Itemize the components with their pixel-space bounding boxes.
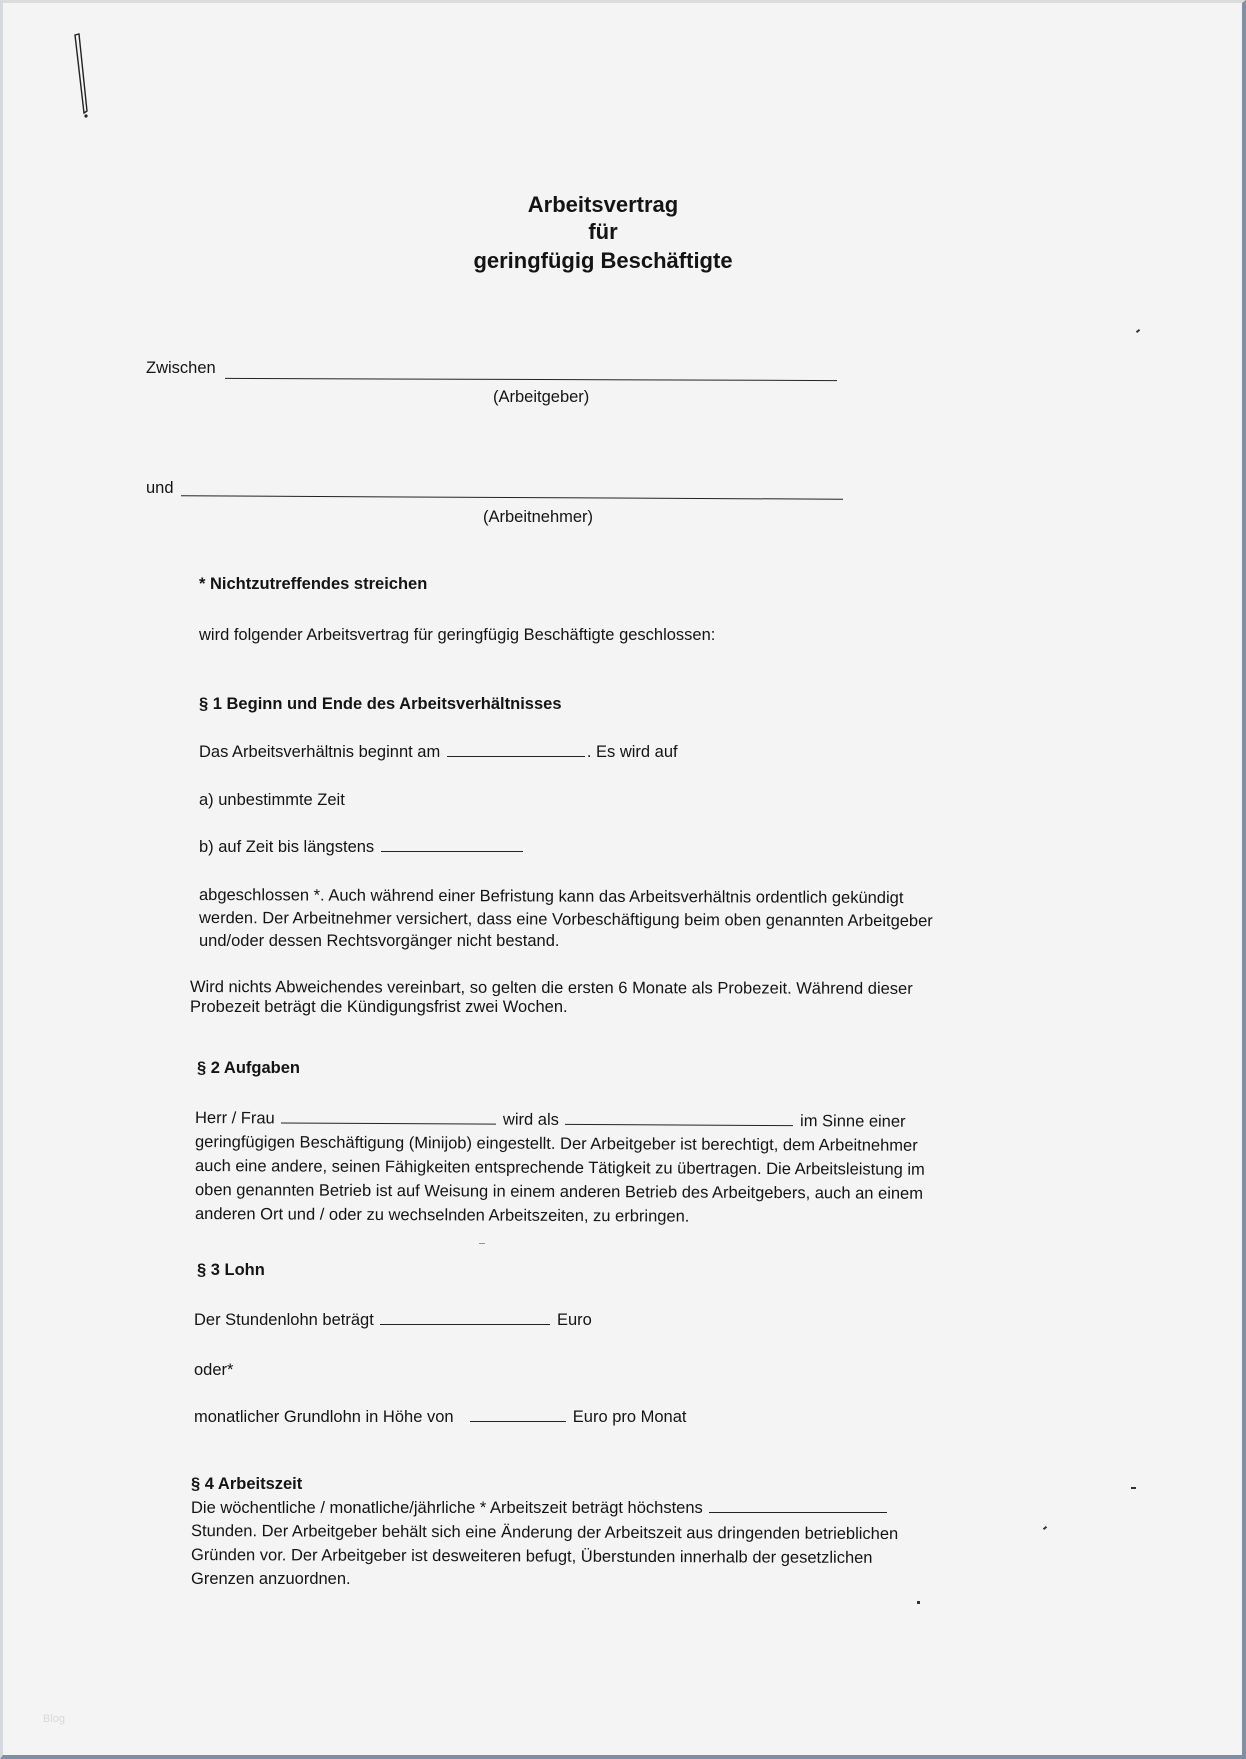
scan-speck bbox=[479, 1243, 485, 1244]
title-line-3: geringfügig Beschäftigte bbox=[403, 247, 803, 274]
working-time-label: Die wöchentliche / monatliche/jährliche … bbox=[191, 1499, 703, 1517]
and-label: und bbox=[146, 477, 174, 500]
herr-frau-label: Herr / Frau bbox=[195, 1109, 275, 1127]
section-4-line-4: Grenzen anzuordnen. bbox=[191, 1568, 351, 1591]
option-b: b) auf Zeit bis längstens bbox=[199, 838, 374, 856]
section-4-line-1: Die wöchentliche / monatliche/jährliche … bbox=[191, 1497, 889, 1520]
scan-speck bbox=[917, 1601, 920, 1604]
monthly-wage-field[interactable] bbox=[470, 1420, 566, 1422]
end-date-field[interactable] bbox=[381, 850, 523, 852]
hourly-currency: Euro bbox=[557, 1311, 592, 1329]
scan-speck bbox=[1131, 1487, 1136, 1489]
watermark: Blog bbox=[43, 1713, 65, 1725]
wird-als-label: wird als bbox=[503, 1111, 559, 1129]
start-date-field[interactable] bbox=[447, 755, 585, 757]
start-suffix: . Es wird auf bbox=[587, 743, 678, 761]
section-2-line-4: oben genannten Betrieb ist auf Weisung i… bbox=[195, 1179, 923, 1206]
employee-name-field[interactable] bbox=[181, 495, 843, 499]
start-prefix: Das Arbeitsverhältnis beginnt am bbox=[199, 743, 440, 761]
employer-caption: (Arbeitgeber) bbox=[493, 386, 589, 409]
section-4-heading: § 4 Arbeitszeit bbox=[191, 1473, 302, 1496]
title-line-2: für bbox=[403, 218, 803, 245]
intro-text: wird folgender Arbeitsvertrag für gering… bbox=[199, 624, 715, 647]
employer-name-field[interactable] bbox=[225, 378, 837, 381]
hourly-wage-field[interactable] bbox=[380, 1323, 550, 1325]
option-a: a) unbestimmte Zeit bbox=[199, 789, 345, 812]
or-label: oder* bbox=[194, 1359, 233, 1382]
document-page: Arbeitsvertrag für geringfügig Beschäfti… bbox=[3, 3, 1239, 1752]
section-2-line-3: auch eine andere, seinen Fähigkeiten ent… bbox=[195, 1155, 925, 1182]
option-b-line: b) auf Zeit bis längstens bbox=[199, 836, 525, 859]
hourly-wage-line: Der Stundenlohn beträgt Euro bbox=[194, 1309, 592, 1332]
title-line-1: Arbeitsvertrag bbox=[403, 191, 803, 218]
employee-name-field-2[interactable] bbox=[281, 1121, 496, 1124]
employee-caption: (Arbeitnehmer) bbox=[483, 506, 593, 529]
max-hours-field[interactable] bbox=[709, 1511, 887, 1513]
between-label: Zwischen bbox=[146, 357, 216, 380]
im-sinne-label: im Sinne einer bbox=[800, 1112, 906, 1131]
section-2-heading: § 2 Aufgaben bbox=[197, 1057, 300, 1080]
pen-mark-icon bbox=[73, 33, 93, 119]
section-2-line-5: anderen Ort und / oder zu wechselnden Ar… bbox=[195, 1203, 690, 1229]
section-1-heading: § 1 Beginn und Ende des Arbeitsverhältni… bbox=[199, 693, 562, 716]
hourly-wage-label: Der Stundenlohn beträgt bbox=[194, 1311, 374, 1329]
section-1-paragraph-2-line-2: Probezeit beträgt die Kündigungsfrist zw… bbox=[190, 996, 568, 1019]
section-4-line-3: Gründen vor. Der Arbeitgeber ist desweit… bbox=[191, 1544, 873, 1570]
scan-speck bbox=[1043, 1526, 1047, 1530]
scan-speck bbox=[1136, 329, 1140, 333]
section-1-start-line: Das Arbeitsverhältnis beginnt am . Es wi… bbox=[199, 741, 678, 764]
section-4-line-2: Stunden. Der Arbeitgeber behält sich ein… bbox=[191, 1520, 898, 1546]
section-2-line-2: geringfügigen Beschäftigung (Minijob) ei… bbox=[195, 1131, 918, 1158]
section-2-line-1: Herr / Frau wird als im Sinne einer bbox=[195, 1107, 906, 1134]
section-3-heading: § 3 Lohn bbox=[197, 1259, 265, 1282]
job-title-field[interactable] bbox=[565, 1123, 793, 1126]
section-1-paragraph-1-line-1: abgeschlossen *. Auch während einer Befr… bbox=[199, 884, 904, 910]
monthly-wage-line: monatlicher Grundlohn in Höhe von Euro p… bbox=[194, 1406, 687, 1429]
monthly-currency: Euro pro Monat bbox=[573, 1408, 687, 1426]
strike-note: * Nichtzutreffendes streichen bbox=[199, 573, 427, 596]
monthly-wage-label: monatlicher Grundlohn in Höhe von bbox=[194, 1408, 454, 1426]
section-1-paragraph-1-line-3: und/oder dessen Rechtsvorgänger nicht be… bbox=[199, 930, 560, 953]
